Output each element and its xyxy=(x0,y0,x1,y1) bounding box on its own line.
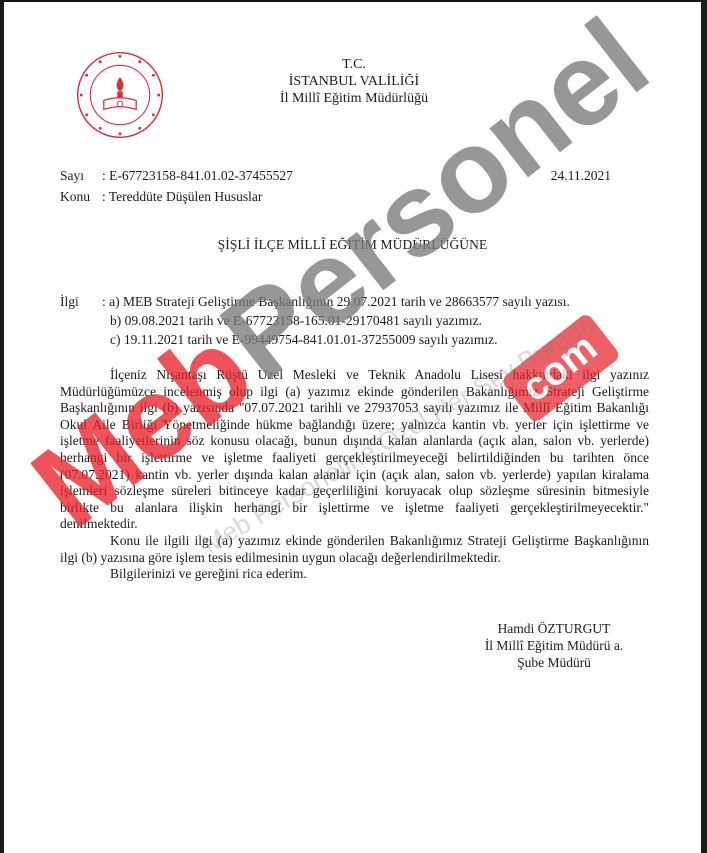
addressee: ŞİŞLİ İLÇE MİLLÎ EĞİTİM MÜDÜRLÜĞÜNE xyxy=(4,237,701,253)
references-label: İlgi xyxy=(60,292,102,311)
konu-value: : Tereddüte Düşülen Hususlar xyxy=(102,186,262,207)
references: İlgi : a) MEB Strateji Geliştirme Başkan… xyxy=(60,292,570,349)
sayi-row: Sayı : E-67723158-841.01.02-37455527 xyxy=(60,165,293,186)
body-paragraph: Konu ile ilgili ilgi (a) yazımız ekinde … xyxy=(60,533,649,566)
meb-seal-icon xyxy=(75,50,165,140)
body-paragraph: İlçeniz Nişantaşı Rüştü Uzel Mesleki ve … xyxy=(60,367,649,533)
konu-label: Konu xyxy=(60,186,102,207)
reference-item: b) 09.08.2021 tarih ve E-67723158-165.01… xyxy=(60,311,570,330)
sayi-label: Sayı xyxy=(60,165,102,186)
document-page: T.C. İSTANBUL VALİLİĞİ İl Millî Eğitim M… xyxy=(4,2,701,853)
header-governorship: İSTANBUL VALİLİĞİ xyxy=(184,73,524,90)
institution-header: T.C. İSTANBUL VALİLİĞİ İl Millî Eğitim M… xyxy=(184,56,524,107)
signatory-title: İl Millî Eğitim Müdürü a. xyxy=(454,637,654,654)
sayi-value: : E-67723158-841.01.02-37455527 xyxy=(102,165,293,186)
signatory-position: Şube Müdürü xyxy=(454,654,654,671)
konu-row: Konu : Tereddüte Düşülen Hususlar xyxy=(60,186,293,207)
signature-block: Hamdi ÖZTURGUT İl Millî Eğitim Müdürü a.… xyxy=(454,620,654,671)
letter-body: İlçeniz Nişantaşı Rüştü Uzel Mesleki ve … xyxy=(60,367,649,583)
reference-item: İlgi : a) MEB Strateji Geliştirme Başkan… xyxy=(60,292,570,311)
header-country: T.C. xyxy=(184,56,524,73)
header-directorate: İl Millî Eğitim Müdürlüğü xyxy=(184,90,524,107)
closing-paragraph: Bilgilerinizi ve gereğini rica ederim. xyxy=(60,566,649,583)
document-date: 24.11.2021 xyxy=(551,165,611,186)
reference-item: c) 19.11.2021 tarih ve E-99449754-841.01… xyxy=(60,330,570,349)
signatory-name: Hamdi ÖZTURGUT xyxy=(454,620,654,637)
document-meta: Sayı : E-67723158-841.01.02-37455527 Kon… xyxy=(60,165,293,207)
